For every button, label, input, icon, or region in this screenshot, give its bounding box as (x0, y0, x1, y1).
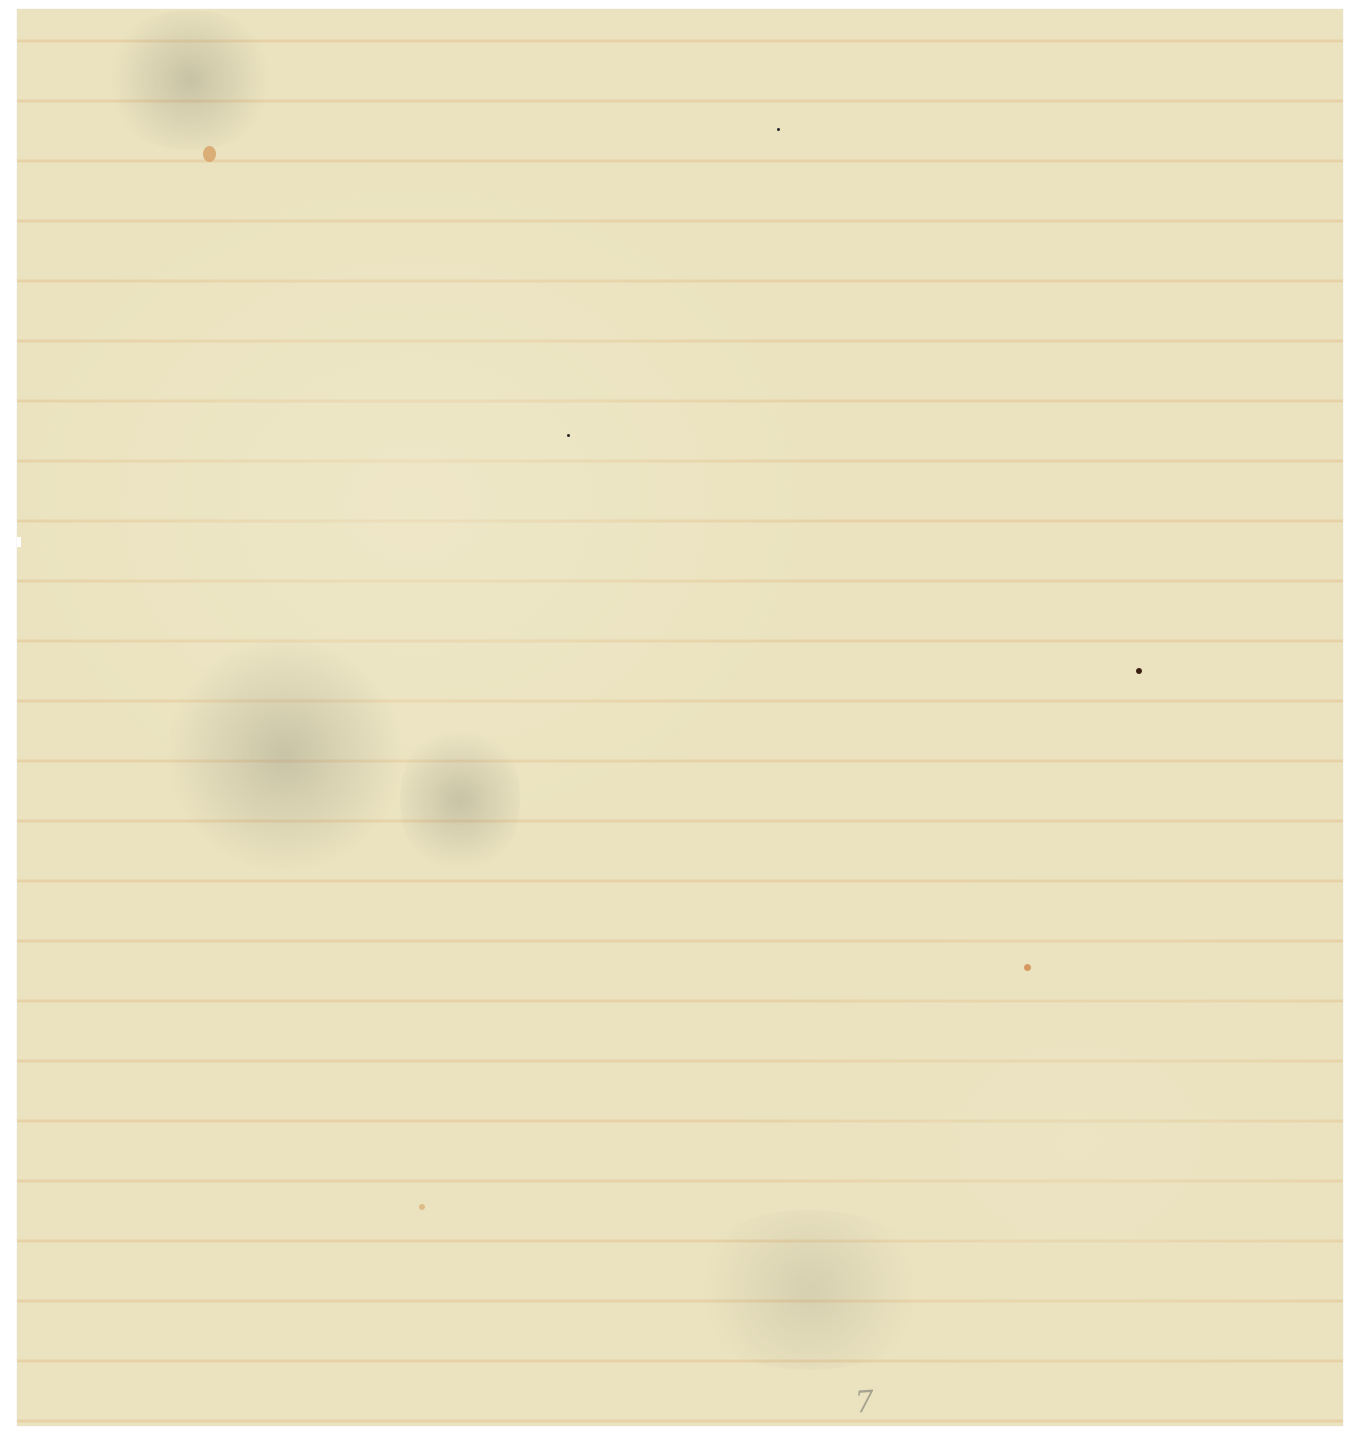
ink-smudge-top-left (100, 10, 280, 150)
ink-smudge-bottom-right (680, 1210, 940, 1370)
foxing-stain (203, 146, 216, 162)
ink-smudge-middle-left (160, 640, 410, 870)
foxing-stain (419, 1204, 425, 1210)
paper-edge-notch (17, 537, 21, 547)
pencil-page-number: 7 (854, 1384, 875, 1420)
ink-smudge-middle (400, 720, 520, 880)
ink-dot (1136, 668, 1142, 674)
ink-dot (567, 434, 570, 437)
ink-dot (777, 128, 780, 131)
foxing-stain (1024, 964, 1031, 971)
